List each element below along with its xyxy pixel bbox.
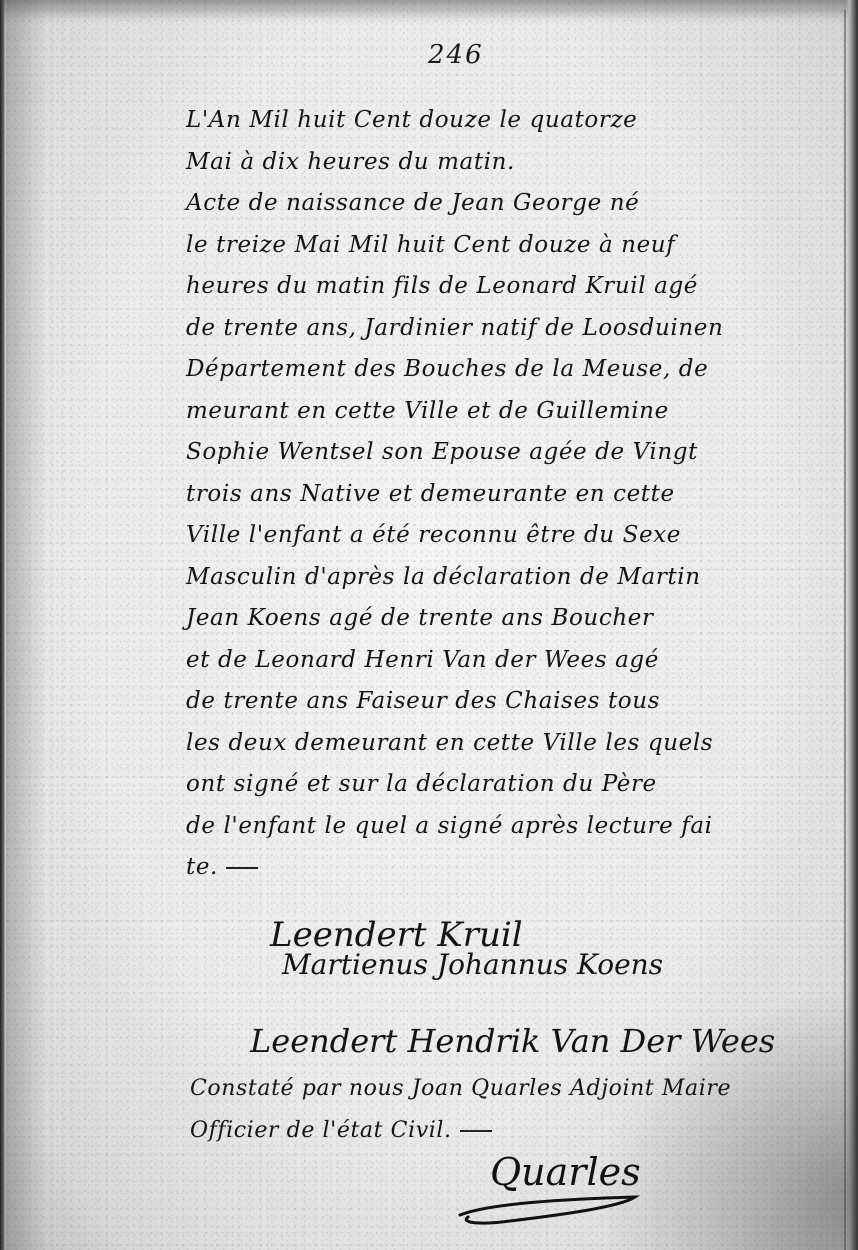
body-line: heures du matin fils de Leonard Kruil ag…	[186, 266, 836, 308]
body-line: Acte de naissance de Jean George né	[186, 183, 836, 225]
body-line: Masculin d'après la déclaration de Marti…	[186, 557, 836, 599]
body-line: trois ans Native et demeurante en cette	[186, 474, 836, 516]
attestation-line: Constaté par nous Joan Quarles Adjoint M…	[190, 1068, 731, 1110]
body-line: Sophie Wentsel son Epouse agée de Vingt	[186, 432, 836, 474]
body-line: de trente ans Faiseur des Chaises tous	[186, 681, 836, 723]
signature-witness-1: Martienus Johannus Koens	[282, 948, 663, 981]
record-body: L'An Mil huit Cent douze le quatorze Mai…	[186, 100, 836, 889]
attestation: Constaté par nous Joan Quarles Adjoint M…	[190, 1068, 731, 1152]
body-line: Département des Bouches de la Meuse, de	[186, 349, 836, 391]
signature-witness-2: Leendert Hendrik Van Der Wees	[250, 1022, 775, 1060]
body-line: Ville l'enfant a été reconnu être du Sex…	[186, 515, 836, 557]
scan-top-shadow	[0, 0, 858, 22]
body-line: de l'enfant le quel a signé après lectur…	[186, 806, 836, 848]
body-line: Mai à dix heures du matin.	[186, 142, 836, 184]
scan-left-shadow	[6, 0, 46, 1250]
body-line: Jean Koens agé de trente ans Boucher	[186, 598, 836, 640]
body-line: L'An Mil huit Cent douze le quatorze	[186, 100, 836, 142]
body-line: et de Leonard Henri Van der Wees agé	[186, 640, 836, 682]
body-line: le treize Mai Mil huit Cent douze à neuf	[186, 225, 836, 267]
attestation-line-last: Officier de l'état Civil.	[190, 1110, 731, 1152]
body-line: les deux demeurant en cette Ville les qu…	[186, 723, 836, 765]
closing-dash	[460, 1130, 492, 1132]
closing-dash	[226, 867, 258, 869]
body-line: ont signé et sur la déclaration du Père	[186, 764, 836, 806]
body-line-last: te.	[186, 847, 836, 889]
signature-flourish-icon	[450, 1185, 650, 1235]
attestation-text: Officier de l'état Civil.	[190, 1118, 452, 1143]
document-page: 246 L'An Mil huit Cent douze le quatorze…	[0, 0, 858, 1250]
body-line: de trente ans, Jardinier natif de Loosdu…	[186, 308, 836, 350]
page-number: 246	[428, 40, 484, 70]
body-line: meurant en cette Ville et de Guillemine	[186, 391, 836, 433]
body-line-text: te.	[186, 854, 218, 880]
